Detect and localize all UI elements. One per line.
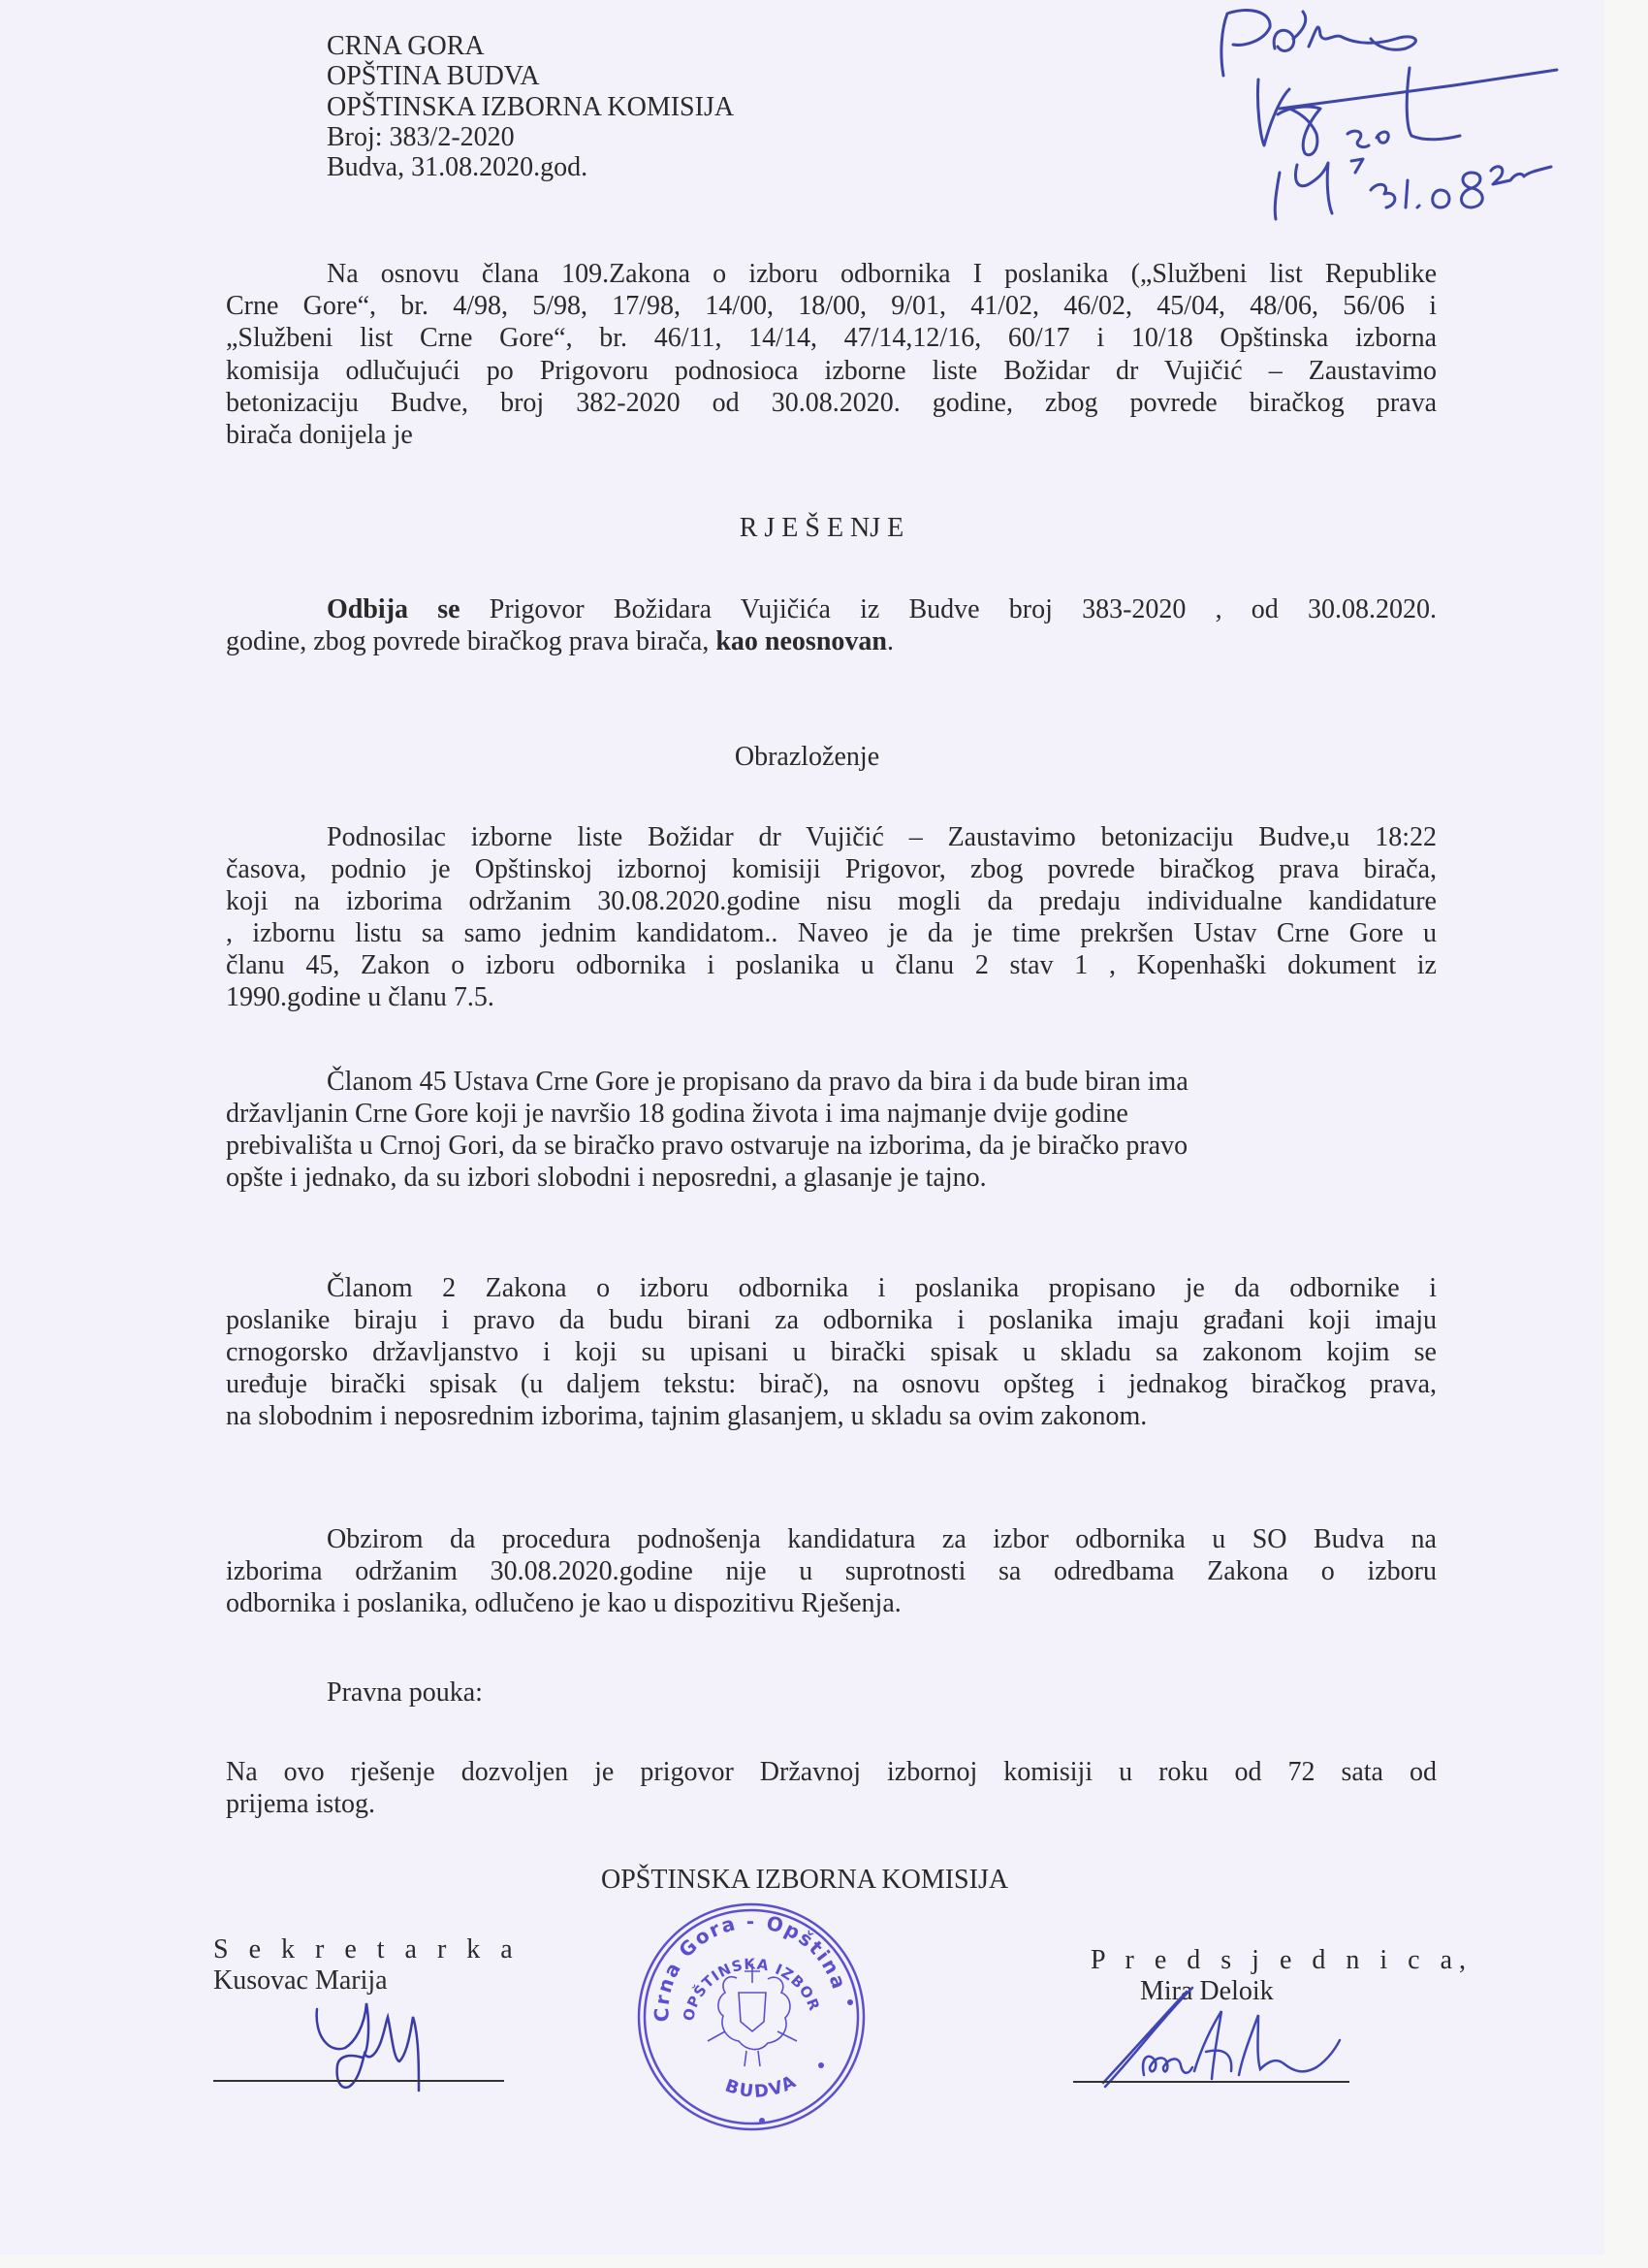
secretary-signature	[291, 1997, 446, 2104]
decision-title: R J E Š E NJ E	[0, 513, 1604, 544]
paragraph-line: državljanin Crne Gore koji je navršio 18…	[226, 1099, 1128, 1130]
intro-line: betonizaciju Budve, broj 382-2020 od 30.…	[226, 388, 1437, 419]
intro-line: „Službeni list Crne Gore“, br. 46/11, 14…	[226, 323, 1437, 354]
paragraph-line: Članom 2 Zakona o izboru odbornika i pos…	[327, 1273, 1437, 1304]
president-signature-line	[1073, 2081, 1349, 2083]
paragraph-line: Obzirom da procedura podnošenja kandidat…	[327, 1524, 1437, 1555]
intro-line: Crne Gore“, br. 4/98, 5/98, 17/98, 14/00…	[226, 291, 1437, 322]
paragraph-line: izborima održanim 30.08.2020.godine nije…	[226, 1556, 1437, 1587]
header-line-country: CRNA GORA	[327, 31, 485, 62]
commission-name: OPŠTINSKA IZBORNA KOMISIJA	[601, 1865, 1008, 1896]
decision-line-1: Odbija se Prigovor Božidara Vujičića iz …	[327, 594, 1437, 625]
decision-line-2-end: .	[887, 626, 894, 656]
stamp-bottom-text: BUDVA	[722, 2071, 801, 2102]
paragraph-line: prebivališta u Crnoj Gori, da se biračko…	[226, 1131, 1188, 1162]
paragraph-line: članu 45, Zakon o izboru odbornika i pos…	[226, 950, 1437, 981]
secretary-name: Kusovac Marija	[213, 1965, 388, 1996]
paragraph-line: Članom 45 Ustava Crne Gore je propisano …	[327, 1067, 1188, 1098]
decision-verdict: Odbija se	[327, 594, 460, 624]
legal-notice-title: Pravna pouka:	[327, 1677, 483, 1709]
secretary-title: S e k r e t a r k a	[213, 1934, 520, 1965]
president-signature	[1086, 1978, 1377, 2094]
legal-notice-line: Na ovo rješenje dozvoljen je prigovor Dr…	[226, 1757, 1437, 1788]
paragraph-line: na slobodnim i neposrednim izborima, taj…	[226, 1401, 1147, 1432]
paragraph-line: odbornika i poslanika, odlučeno je kao u…	[226, 1588, 902, 1619]
decision-line-2: godine, zbog povrede biračkog prava bira…	[226, 626, 894, 657]
paragraph-line: crnogorsko državljanstvo i koji su upisa…	[226, 1337, 1437, 1368]
document-page: CRNA GORA OPŠTINA BUDVA OPŠTINSKA IZBORN…	[0, 0, 1604, 2254]
handwritten-receipt-note	[1163, 0, 1609, 233]
secretary-signature-line	[213, 2080, 504, 2082]
paragraph-line: poslanike biraju i pravo da budu birani …	[226, 1305, 1437, 1336]
paragraph-line: opšte i jednako, da su izbori slobodni i…	[226, 1163, 987, 1194]
intro-line: komisija odlučujući po Prigovoru podnosi…	[226, 356, 1437, 387]
intro-line: birača donijela je	[226, 420, 413, 451]
reasoning-title: Obrazloženje	[0, 742, 1604, 773]
paragraph-line: časova, podnio je Opštinskoj izbornoj ko…	[226, 854, 1437, 885]
svg-text:BUDVA: BUDVA	[722, 2071, 801, 2102]
header-line-municipality: OPŠTINA BUDVA	[327, 61, 540, 92]
decision-line-2-text: godine, zbog povrede biračkog prava bira…	[226, 626, 715, 656]
intro-line: Na osnovu člana 109.Zakona o izboru odbo…	[327, 259, 1437, 290]
paragraph-line: , izbornu listu sa samo jednim kandidato…	[226, 918, 1437, 949]
header-line-number: Broj: 383/2-2020	[327, 122, 515, 153]
decision-result: kao neosnovan	[715, 626, 887, 656]
paragraph-line: Podnosilac izborne liste Božidar dr Vuji…	[327, 822, 1437, 853]
legal-notice-line: prijema istog.	[226, 1789, 375, 1820]
header-line-date: Budva, 31.08.2020.god.	[327, 152, 587, 183]
paragraph-line: koji na izborima održanim 30.08.2020.god…	[226, 886, 1437, 917]
paragraph-line: uređuje birački spisak (u daljem tekstu:…	[226, 1369, 1437, 1400]
header-line-commission: OPŠTINSKA IZBORNA KOMISIJA	[327, 92, 734, 123]
official-stamp: Crna Gora - Opština Budva OPŠTINSKA IZBO…	[630, 1896, 872, 2138]
president-title: P r e d s j e d n i c a,	[1091, 1945, 1473, 1976]
paragraph-line: 1990.godine u članu 7.5.	[226, 982, 494, 1013]
decision-line-1-text: Prigovor Božidara Vujičića iz Budve broj…	[460, 594, 1437, 624]
